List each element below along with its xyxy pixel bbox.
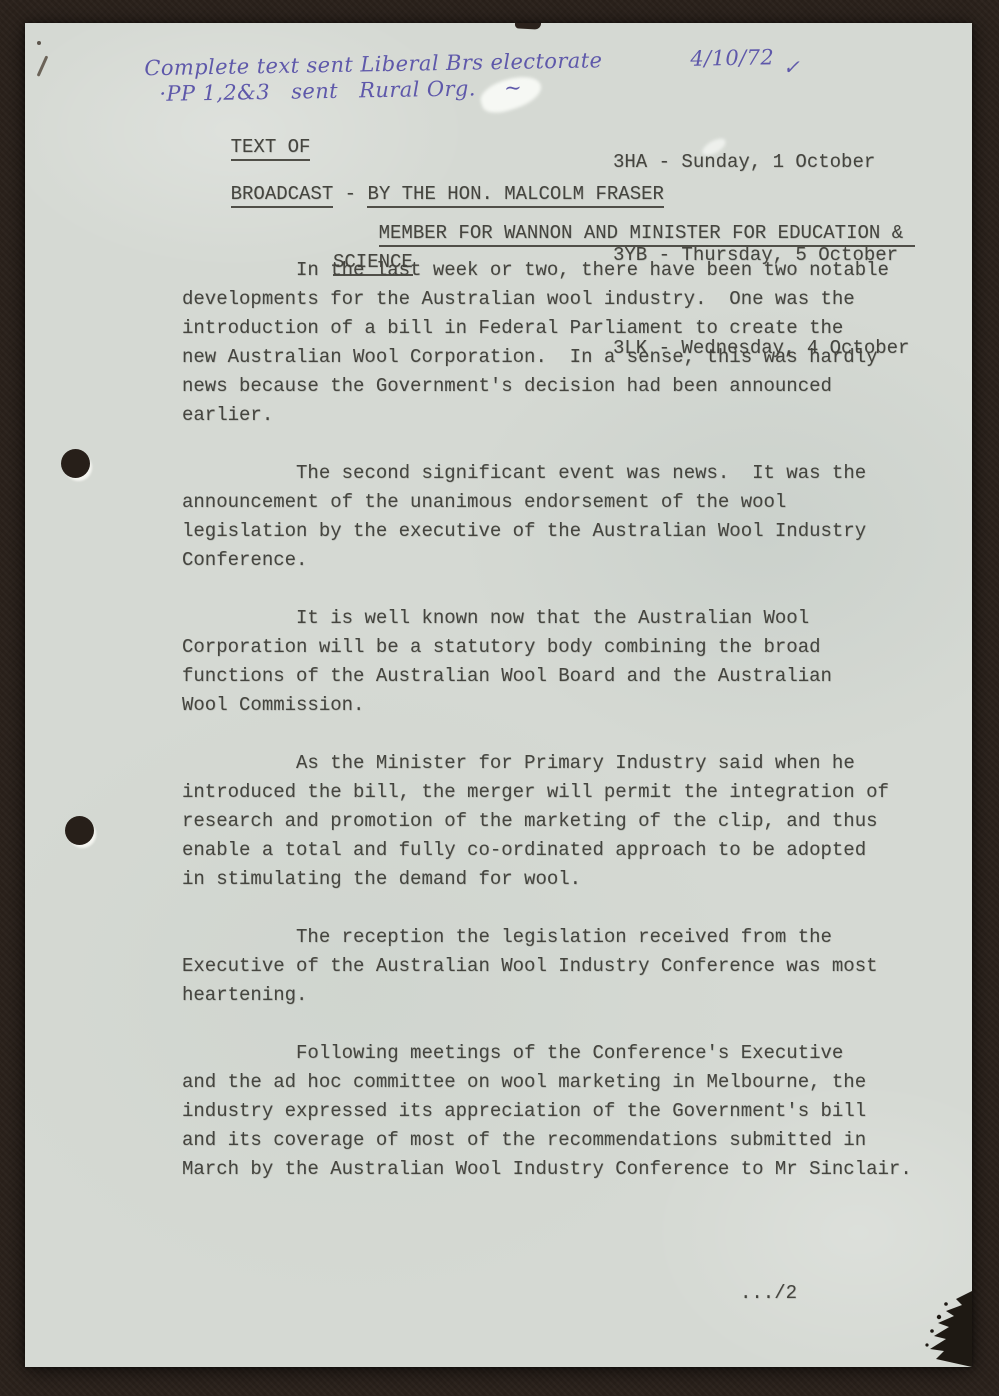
paper-sheet: Complete text sent Liberal Brs electorat… [25, 23, 972, 1367]
ink-stain [894, 1289, 972, 1367]
handwritten-date: 4/10/72 [690, 45, 774, 70]
title-broadcast: BROADCAST [231, 183, 334, 208]
document-body: In the last week or two, there have been… [182, 256, 952, 1184]
paragraph: In the last week or two, there have been… [182, 256, 952, 430]
handwritten-text: ·PP 1,2&3 sent Rural Org. ~ [159, 76, 522, 106]
paragraph: Following meetings of the Conference's E… [182, 1039, 952, 1184]
hole-punch-bottom [65, 816, 94, 845]
photographed-document: { "annotations": { "line1": "Complete te… [0, 0, 999, 1396]
staple-mark-icon [37, 55, 48, 76]
paragraph: The second significant event was news. I… [182, 459, 952, 575]
paragraph: As the Minister for Primary Industry sai… [182, 749, 952, 894]
hole-punch-top [61, 449, 90, 478]
paragraph: The reception the legislation received f… [182, 923, 952, 1010]
staple-mark-icon [37, 41, 41, 45]
handwritten-checkmark: ✓ [783, 55, 800, 79]
page-continuation-marker: .../2 [740, 1279, 797, 1308]
paragraph: It is well known now that the Australian… [182, 604, 952, 720]
